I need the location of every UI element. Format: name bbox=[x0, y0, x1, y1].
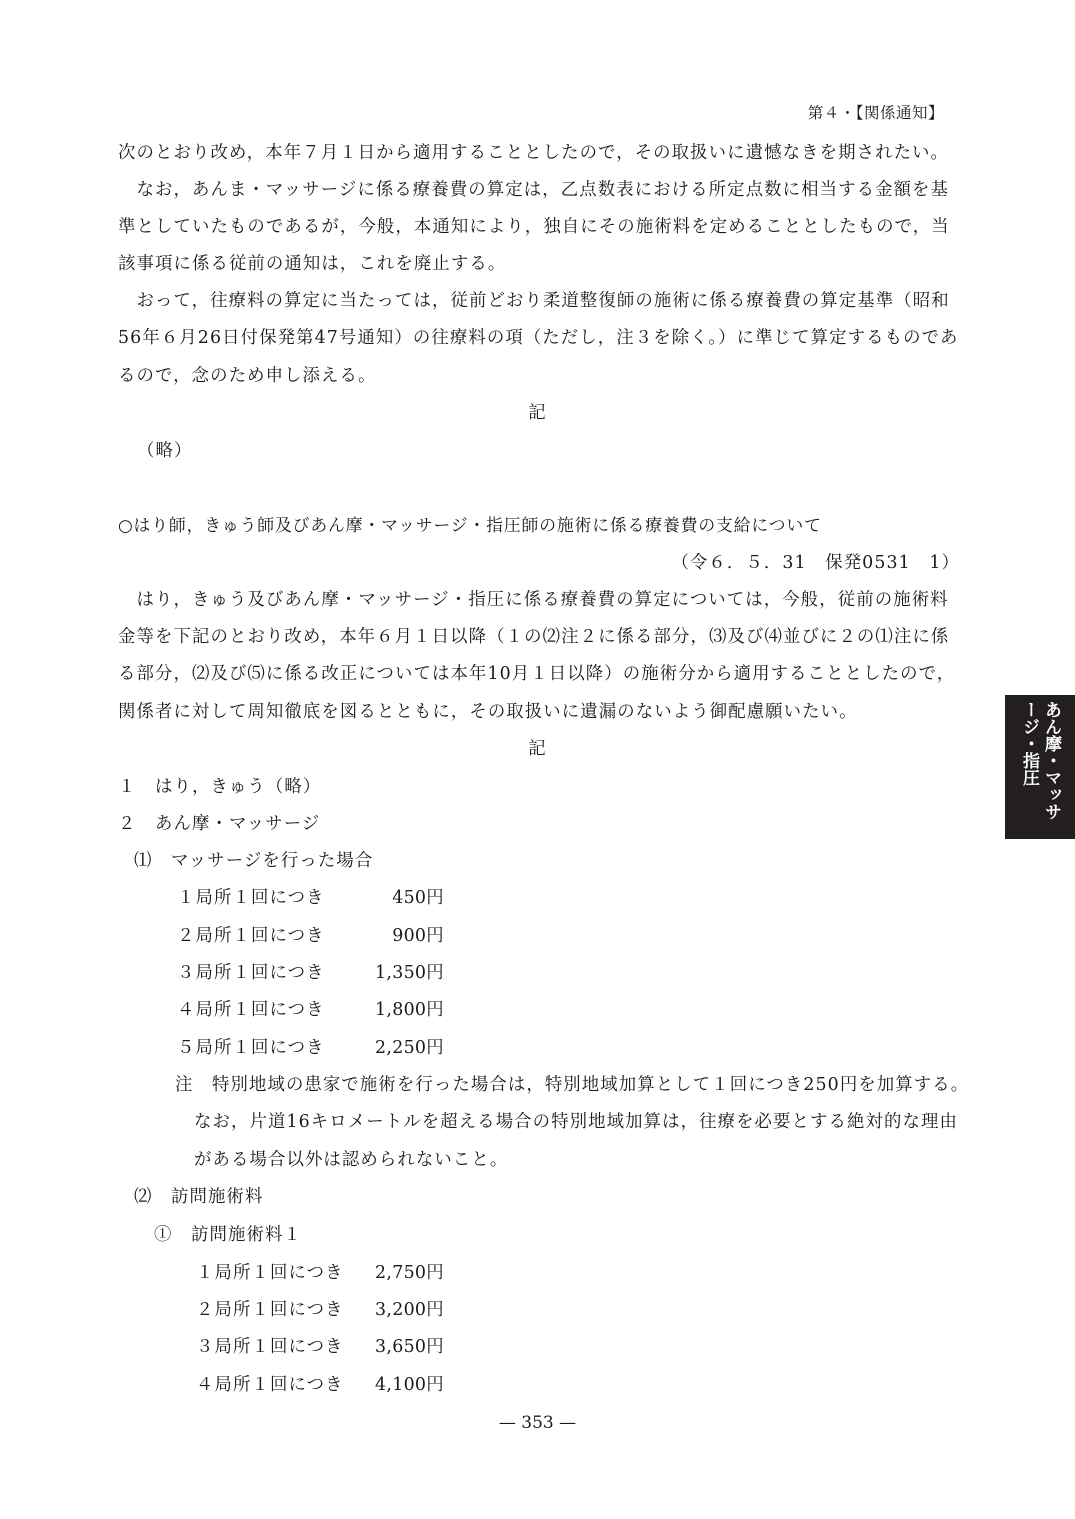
paragraph-line: 準としていたものであるが，今般，本通知により，独自にその施術料を定めることとした… bbox=[118, 216, 958, 238]
tab-label-right: あん摩・マッサ bbox=[1041, 701, 1061, 820]
price-value: 450円 bbox=[392, 887, 444, 909]
price-label: ３局所１回につき bbox=[196, 1336, 344, 1358]
price-value: 3,650円 bbox=[375, 1336, 444, 1358]
paragraph-line: るので，念のため申し添える。 bbox=[118, 365, 958, 387]
price-value: 1,350円 bbox=[375, 962, 444, 984]
price-label: ４局所１回につき bbox=[196, 1374, 344, 1396]
price-label: ２局所１回につき bbox=[196, 1299, 344, 1321]
paragraph-line: 該事項に係る従前の通知は，これを廃止する。 bbox=[118, 253, 958, 275]
massage-label: ⑴ マッサージを行った場合 bbox=[134, 850, 974, 872]
page-number: — 353 — bbox=[0, 1413, 1075, 1433]
visit-fee-sub-label: ① 訪問施術料１ bbox=[154, 1224, 994, 1246]
special-area-note: 注 特別地域の患家で施術を行った場合は，特別地域加算として１回につき250円を加… bbox=[175, 1074, 1015, 1096]
notice-body-line: る部分，⑵及び⑸に係る改正については本年10月１日以降）の施術分から適用すること… bbox=[118, 663, 958, 685]
price-label: ５局所１回につき bbox=[177, 1037, 325, 1059]
paragraph-line: なお，あんま・マッサージに係る療養費の算定は，乙点数表における所定点数に相当する… bbox=[118, 179, 958, 201]
notice-body-line: はり，きゅう及びあん摩・マッサージ・指圧に係る療養費の算定については，今般，従前… bbox=[118, 589, 958, 611]
notice-body-line: 関係者に対して周知徹底を図るとともに，その取扱いに遺漏のないよう御配慮願いたい。 bbox=[118, 701, 958, 723]
price-value: 3,200円 bbox=[375, 1299, 444, 1321]
notice-title: ○はり師，きゅう師及びあん摩・マッサージ・指圧師の施術に係る療養費の支給について bbox=[118, 514, 958, 536]
price-value: 900円 bbox=[392, 925, 444, 947]
price-label: ４局所１回につき bbox=[177, 999, 325, 1021]
price-value: 2,250円 bbox=[375, 1037, 444, 1059]
item-1: １ はり，きゅう（略） bbox=[118, 776, 958, 798]
special-area-note: なお，片道16キロメートルを超える場合の特別地域加算は，往療を必要とする絶対的な… bbox=[194, 1111, 1034, 1133]
price-label: ２局所１回につき bbox=[177, 925, 325, 947]
tab-label-left: ージ・指圧 bbox=[1019, 701, 1039, 786]
price-value: 1,800円 bbox=[375, 999, 444, 1021]
price-label: １局所１回につき bbox=[196, 1262, 344, 1284]
section-index-tab: あん摩・マッサ ージ・指圧 bbox=[1005, 695, 1075, 839]
ki-label: 記 bbox=[0, 402, 1075, 424]
notice-body-line: 金等を下記のとおり改め，本年６月１日以降（１の⑵注２に係る部分，⑶及び⑷並びに２… bbox=[118, 626, 958, 648]
paragraph-line: おって，往療料の算定に当たっては，従前どおり柔道整復師の施術に係る療養費の算定基… bbox=[118, 290, 958, 312]
price-label: １局所１回につき bbox=[177, 887, 325, 909]
special-area-note: がある場合以外は認められないこと。 bbox=[194, 1149, 1034, 1171]
item-2: ２ あん摩・マッサージ bbox=[118, 813, 958, 835]
price-value: 2,750円 bbox=[375, 1262, 444, 1284]
paragraph-line: 次のとおり改め，本年７月１日から適用することとしたので，その取扱いに遺憾なきを期… bbox=[118, 142, 958, 164]
paragraph-line: 56年６月26日付保発第47号通知）の往療料の項（ただし，注３を除く。）に準じて… bbox=[118, 327, 958, 349]
price-value: 4,100円 bbox=[375, 1374, 444, 1396]
omitted-note: （略） bbox=[137, 440, 977, 462]
visit-fee-label: ⑵ 訪問施術料 bbox=[134, 1186, 974, 1208]
ki-label: 記 bbox=[0, 738, 1075, 760]
notice-citation: （令６．５．31 保発0531 1） bbox=[671, 552, 960, 574]
price-label: ３局所１回につき bbox=[177, 962, 325, 984]
running-header: 第４・【関係通知】 bbox=[808, 101, 944, 123]
